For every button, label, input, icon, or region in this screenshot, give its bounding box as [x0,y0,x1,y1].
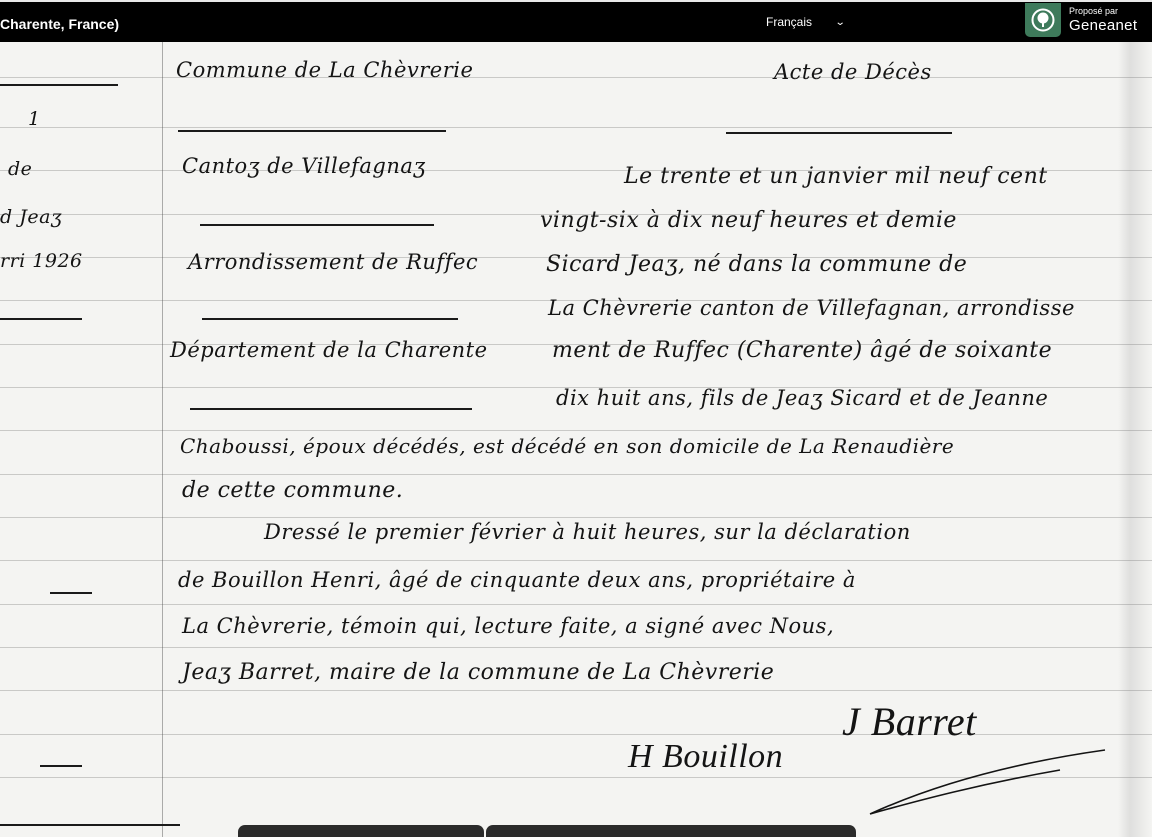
act-line: vingt-six à dix neuf heures et demie [540,208,957,233]
act-line: Le trente et un janvier mil neuf cent [624,164,1048,189]
act-line: ment de Ruffec (Charente) âgé de soixant… [552,338,1052,363]
act-line: de Bouillon Henri, âgé de cinquante deux… [178,568,856,592]
act-line: Sicard Jeaʒ, né dans la commune de [546,252,967,277]
arrondissement-heading: Arrondissement de Ruffec [188,250,478,274]
act-title: Acte de Décès [774,60,932,84]
margin-line [162,42,163,837]
proposed-by-label: Proposé par [1069,7,1137,16]
viewer-bottom-toolbar [238,825,856,837]
language-label: Français [766,15,812,29]
toolbar-tab[interactable] [238,825,484,837]
margin-fragment: rri 1926 [0,250,83,272]
act-line: La Chèvrerie, témoin qui, lecture faite,… [182,614,834,638]
signature-bouillon: H Bouillon [628,738,783,776]
chevron-down-icon: ⌄ [835,17,846,28]
canton-heading: Cantoʒ de Villefagnaʒ [182,154,426,178]
margin-fragment: d Jeaʒ [0,206,62,228]
tree-icon [1025,3,1061,37]
act-line: dix huit ans, fils de Jeaʒ Sicard et de … [556,386,1048,410]
language-select[interactable]: Français ⌄ [766,15,844,29]
margin-fragment: de [8,158,32,180]
act-line: Dressé le premier février à huit heures,… [264,520,911,544]
act-line: La Chèvrerie canton de Villefagnan, arro… [548,296,1075,320]
signature-barret: J Barret [842,698,977,745]
brand-name: Geneanet [1069,17,1137,34]
act-line: Chaboussi, époux décédés, est décédé en … [180,434,954,458]
departement-heading: Département de la Charente [170,338,488,362]
margin-fragment: 1 [28,108,41,130]
act-line: Jeaʒ Barret, maire de la commune de La C… [182,660,774,685]
top-bar: Charente, France) Français ⌄ Proposé par… [0,0,1152,42]
document-title: Charente, France) [0,16,119,32]
document-viewer[interactable]: 1 de d Jeaʒ rri 1926 Commune de La Chèvr… [0,42,1152,837]
commune-heading: Commune de La Chèvrerie [176,58,473,82]
signature-flourish [860,742,1120,822]
toolbar-tab[interactable] [486,825,856,837]
geneanet-brand[interactable]: Proposé par Geneanet [1025,2,1137,38]
act-line: de cette commune. [182,478,403,503]
